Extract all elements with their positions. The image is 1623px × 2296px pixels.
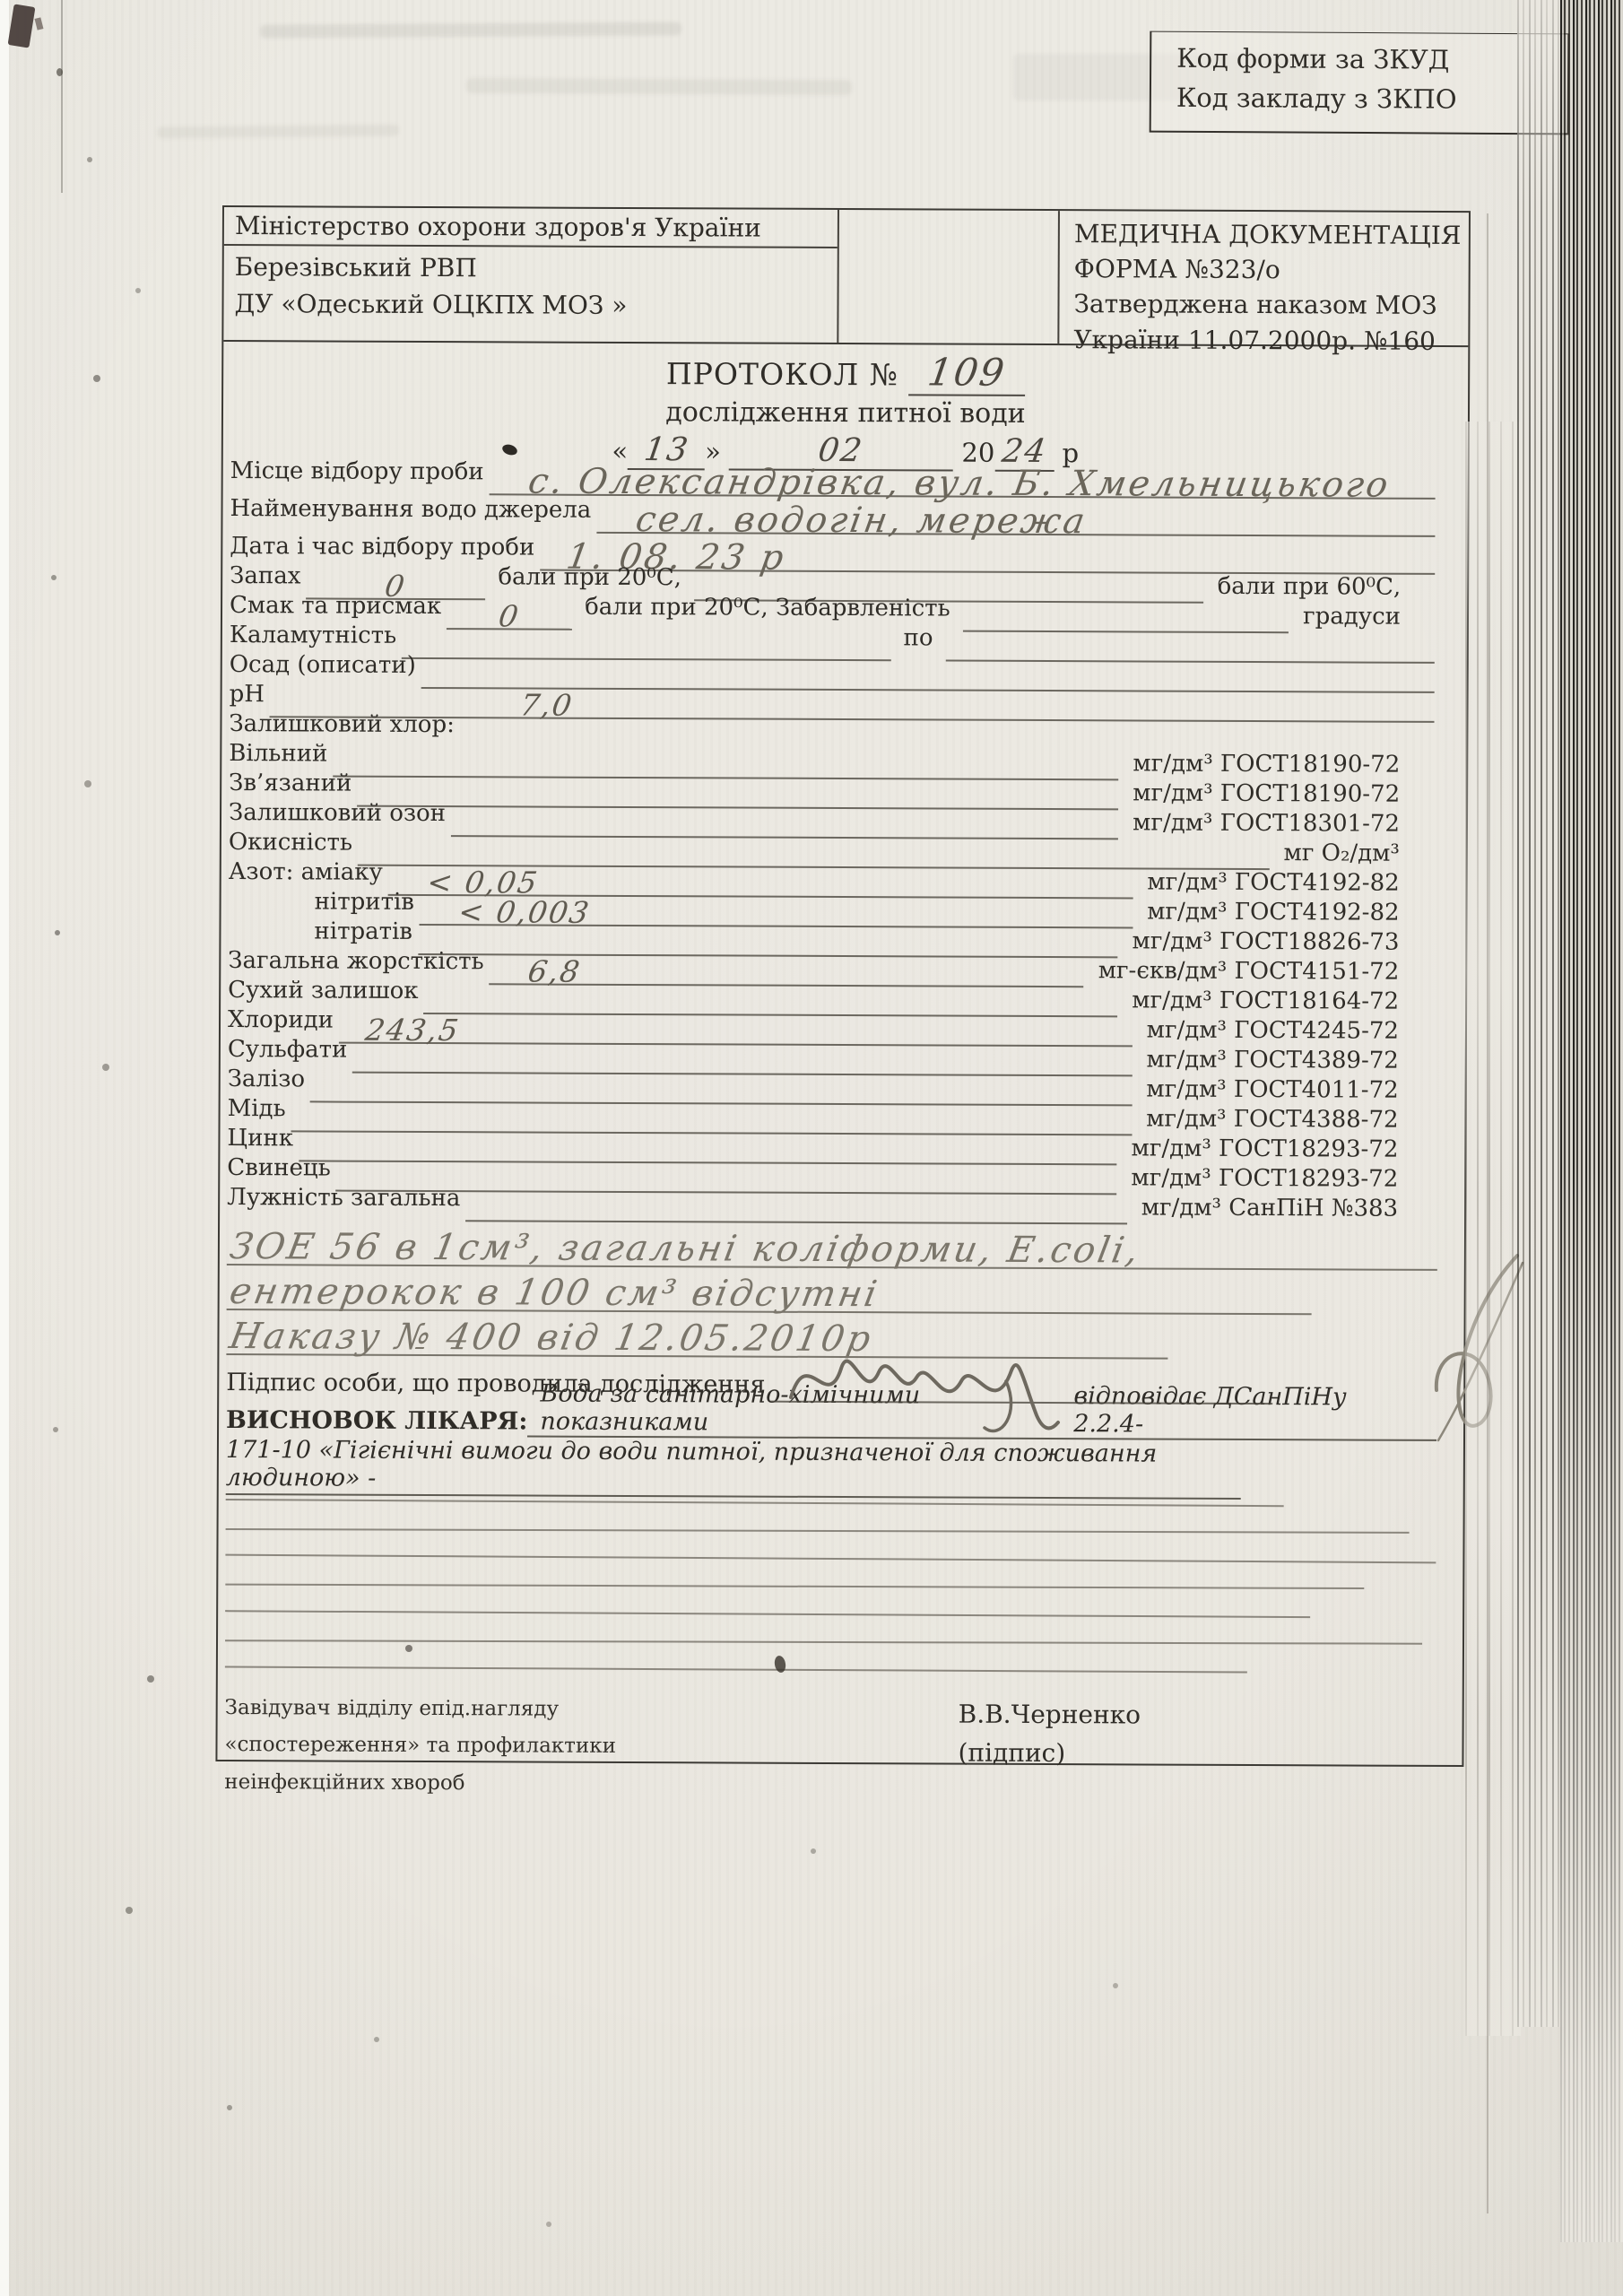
field-unit: мг/дм³ ГОСТ18164-72	[1132, 987, 1399, 1014]
microbiology-line-2: ентерокок в 100 см³ відсутні	[227, 1265, 1312, 1315]
footer-position-line-2: «спостереження» та профилактики	[224, 1726, 852, 1766]
field-label: Азот: аміаку	[229, 858, 383, 886]
field-unit: мг/дм³ ГОСТ18293-72	[1131, 1164, 1398, 1192]
org-name-1: Березівський РВП	[235, 249, 838, 289]
field-unit: градуси	[1303, 603, 1401, 630]
paper-fold-line	[1487, 213, 1488, 2213]
scan-line-artifact	[61, 0, 63, 193]
handwritten-note: ЗОЕ 56 в 1см³, загальні коліформи, Е.соl…	[227, 1226, 1144, 1271]
scan-corner-mark	[8, 4, 36, 48]
field-row-sampling-place: Місце відбору проби с. Олександрівка, ву…	[223, 457, 1468, 500]
field-label: Смак та присмак	[230, 592, 441, 620]
org-name-2: ДУ «Одеський ОЦКПХ МОЗ »	[234, 286, 837, 326]
handwritten-note: Наказу № 400 від 12.05.2010р	[226, 1316, 876, 1360]
field-label: Дата і час відбору проби	[230, 533, 534, 561]
code-zkpo-label: Код закладу з ЗКПО	[1176, 78, 1567, 119]
scan-speck	[56, 68, 63, 76]
blank-line	[226, 1473, 1284, 1507]
field-unit: мг/дм³ ГОСТ4192-82	[1147, 899, 1399, 926]
scan-streaks-light	[1465, 422, 1521, 2036]
ministry-title: Міністерство охорони здоров'я України	[224, 207, 838, 248]
field-unit: мг О₂/дм³	[1284, 839, 1400, 867]
scan-corner-mark	[35, 17, 44, 30]
signer-name: В.В.Черненко	[959, 1695, 1141, 1735]
form-codes-box: Код форми за ЗКУД Код закладу з ЗКПО	[1150, 31, 1570, 135]
field-underline	[451, 813, 1118, 839]
field-label: Окисність	[229, 829, 352, 857]
footer-block: Завідувач відділу епід.нагляду «спостере…	[217, 1690, 1462, 1806]
field-underline: сел. водогін, мережа	[596, 510, 1435, 537]
field-row-chlorides: Хлориди 243,5 мг/дм³ ГОСТ4245-72	[221, 1013, 1465, 1048]
field-unit: мг/дм³ ГОСТ18293-72	[1131, 1135, 1398, 1162]
field-row-oxidability: Окисність мг О₂/дм³	[221, 836, 1466, 871]
field-underline	[333, 754, 1118, 781]
field-unit: мг/дм³ ГОСТ18826-73	[1132, 927, 1399, 955]
field-unit: мг/дм³ ГОСТ18190-72	[1133, 750, 1400, 778]
field-underline	[352, 1050, 1132, 1077]
field-label: Хлориди	[228, 1006, 334, 1034]
field-unit: мг/дм³ ГОСТ4388-72	[1146, 1106, 1398, 1134]
form-header: Міністерство охорони здоров'я України Бе…	[223, 207, 1469, 347]
field-underline: 6,8	[490, 961, 1084, 987]
protocol-number-underline: 109	[908, 350, 1025, 396]
field-label: Цинк	[227, 1125, 293, 1152]
field-underline: < 0,003	[420, 902, 1133, 928]
field-unit: мг/дм³ ГОСТ4245-72	[1147, 1017, 1399, 1045]
scan-specks	[0, 0, 4, 4]
signature-caption: (підпис)	[958, 1734, 1141, 1773]
protocol-number-handwritten: 109	[925, 350, 1009, 394]
header-empty-cell	[838, 210, 1060, 344]
doc-approval-1: Затверджена наказом МОЗ	[1073, 287, 1468, 324]
handwritten-note: ентерокок в 100 см³ відсутні	[227, 1271, 883, 1315]
scan-streaks-medium	[1517, 0, 1564, 2027]
code-zkud-label: Код форми за ЗКУД	[1176, 39, 1567, 81]
field-label: Сухий залишок	[228, 977, 419, 1004]
field-mid-label: по	[896, 624, 940, 651]
field-unit: мг/дм³ ГОСТ18301-72	[1133, 809, 1400, 837]
field-unit: мг/дм³ СанПіН №383	[1141, 1194, 1399, 1222]
field-label: Вільний	[229, 740, 327, 767]
scan-smudge	[260, 22, 681, 38]
field-label: Підпис особи, що проводила дослідження	[226, 1369, 765, 1399]
scan-smudge	[157, 125, 399, 139]
field-unit: бали при 60⁰С,	[1218, 573, 1402, 601]
field-underline	[402, 636, 890, 661]
field-label: Найменування водо джерела	[230, 495, 591, 524]
header-doc-cell: МЕДИЧНА ДОКУМЕНТАЦІЯ ФОРМА №323/о Затвер…	[1059, 211, 1469, 345]
field-underline	[423, 991, 1117, 1017]
field-label: Осад (описати)	[230, 651, 416, 679]
doc-approval-2: України 11.07.2000р. №160	[1073, 322, 1468, 359]
examiner-signature-scribble	[780, 1327, 1067, 1444]
field-row-copper: Мідь мг/дм³ ГОСТ4388-72	[220, 1102, 1464, 1137]
blank-line	[225, 1584, 1310, 1618]
field-row-sulfates: Сульфати мг/дм³ ГОСТ4389-72	[221, 1043, 1465, 1078]
footer-position-line-1: Завідувач відділу епід.нагляду	[225, 1690, 853, 1729]
field-underline: 0	[447, 606, 572, 631]
protocol-subtitle: дослідження питної води	[223, 395, 1468, 431]
title-block: ПРОТОКОЛ № 109 дослідження питної води «…	[223, 347, 1469, 462]
handwritten-value: < 0,003	[456, 894, 594, 930]
field-underline	[310, 1079, 1132, 1106]
blank-line	[225, 1640, 1247, 1674]
field-label: Залишковий озон	[229, 799, 446, 827]
field-label: нітратів	[314, 918, 412, 944]
doc-form-number: ФОРМА №323/о	[1074, 251, 1469, 288]
field-label: Лужність загальна	[227, 1184, 460, 1212]
field-row-free-chlorine: Вільний мг/дм³ ГОСТ18190-72	[221, 747, 1466, 782]
handwritten-value: 0	[496, 598, 522, 633]
scan-smudge	[466, 78, 852, 95]
field-unit: мг/дм³ ГОСТ18190-72	[1133, 779, 1400, 807]
field-label: Загальна жорсткість	[228, 947, 484, 975]
field-underline	[945, 639, 1434, 664]
field-mid-label: бали при 20⁰С,	[490, 563, 689, 591]
footer-position-line-3: неінфекційних хвороб	[224, 1764, 852, 1804]
field-label: Місце відбору проби	[230, 457, 484, 485]
scan-edge-strip	[0, 0, 9, 2296]
blank-line	[225, 1613, 1422, 1644]
field-underline	[291, 1109, 1133, 1135]
field-underline	[357, 784, 1118, 811]
handwritten-value: 7,0	[518, 687, 577, 722]
conclusion-label: ВИСНОВОК ЛІКАРЯ:	[226, 1406, 527, 1435]
field-underline	[963, 609, 1289, 634]
field-row-zinc: Цинк мг/дм³ ГОСТ18293-72	[220, 1132, 1464, 1167]
field-unit: мг/дм³ ГОСТ4011-72	[1146, 1076, 1398, 1104]
field-label: рН	[230, 681, 265, 708]
field-underline	[465, 1198, 1126, 1224]
field-label: Сульфати	[228, 1036, 348, 1064]
field-underline: с. Олександрівка, вул. Б. Хмельницького	[490, 472, 1436, 500]
protocol-form: Міністерство охорони здоров'я України Бе…	[215, 205, 1471, 1767]
field-unit: мг/дм³ ГОСТ4192-82	[1147, 869, 1399, 897]
org-names: Березівський РВП ДУ «Одеський ОЦКПХ МОЗ …	[223, 246, 837, 325]
field-label: Мідь	[228, 1095, 286, 1122]
field-label: Свинець	[227, 1154, 331, 1182]
handwritten-value: сел. водогін, мережа	[633, 500, 1090, 542]
field-underline	[299, 1138, 1117, 1165]
protocol-label: ПРОТОКОЛ №	[666, 356, 898, 392]
scan-streaks-dark	[1560, 0, 1623, 2242]
handwritten-value: 6,8	[526, 954, 585, 989]
footer-position-block: Завідувач відділу епід.нагляду «спостере…	[224, 1690, 853, 1804]
handwritten-value: 243,5	[363, 1013, 463, 1048]
field-label: Каламутність	[230, 622, 396, 649]
field-label: Зв’язаний	[229, 770, 352, 797]
ink-blob	[405, 1645, 412, 1652]
field-label: Запах	[230, 562, 300, 589]
doc-type: МЕДИЧНА ДОКУМЕНТАЦІЯ	[1074, 216, 1469, 253]
field-label: Залишковий хлор:	[229, 710, 455, 738]
field-unit: мг/дм³ ГОСТ4389-72	[1146, 1047, 1398, 1074]
field-underline: 243,5	[339, 1021, 1133, 1048]
field-mid-label: бали при 20⁰С, Забарвленість	[577, 594, 958, 622]
field-underline	[418, 932, 1118, 958]
field-label: нітритів	[315, 888, 414, 915]
header-issuer-cell: Міністерство охорони здоров'я України Бе…	[223, 207, 839, 343]
field-label: Залізо	[228, 1065, 306, 1092]
microbiology-line-1: ЗОЕ 56 в 1см³, загальні коліформи, Е.соl…	[227, 1221, 1437, 1271]
field-row-iron: Залізо мг/дм³ ГОСТ4011-72	[221, 1073, 1465, 1108]
scanned-protocol-document: Код форми за ЗКУД Код закладу з ЗКПО Мін…	[0, 0, 1623, 2296]
field-unit: мг-єкв/дм³ ГОСТ4151-72	[1098, 957, 1400, 985]
footer-signer-block: В.В.Черненко (підпис)	[958, 1693, 1141, 1805]
